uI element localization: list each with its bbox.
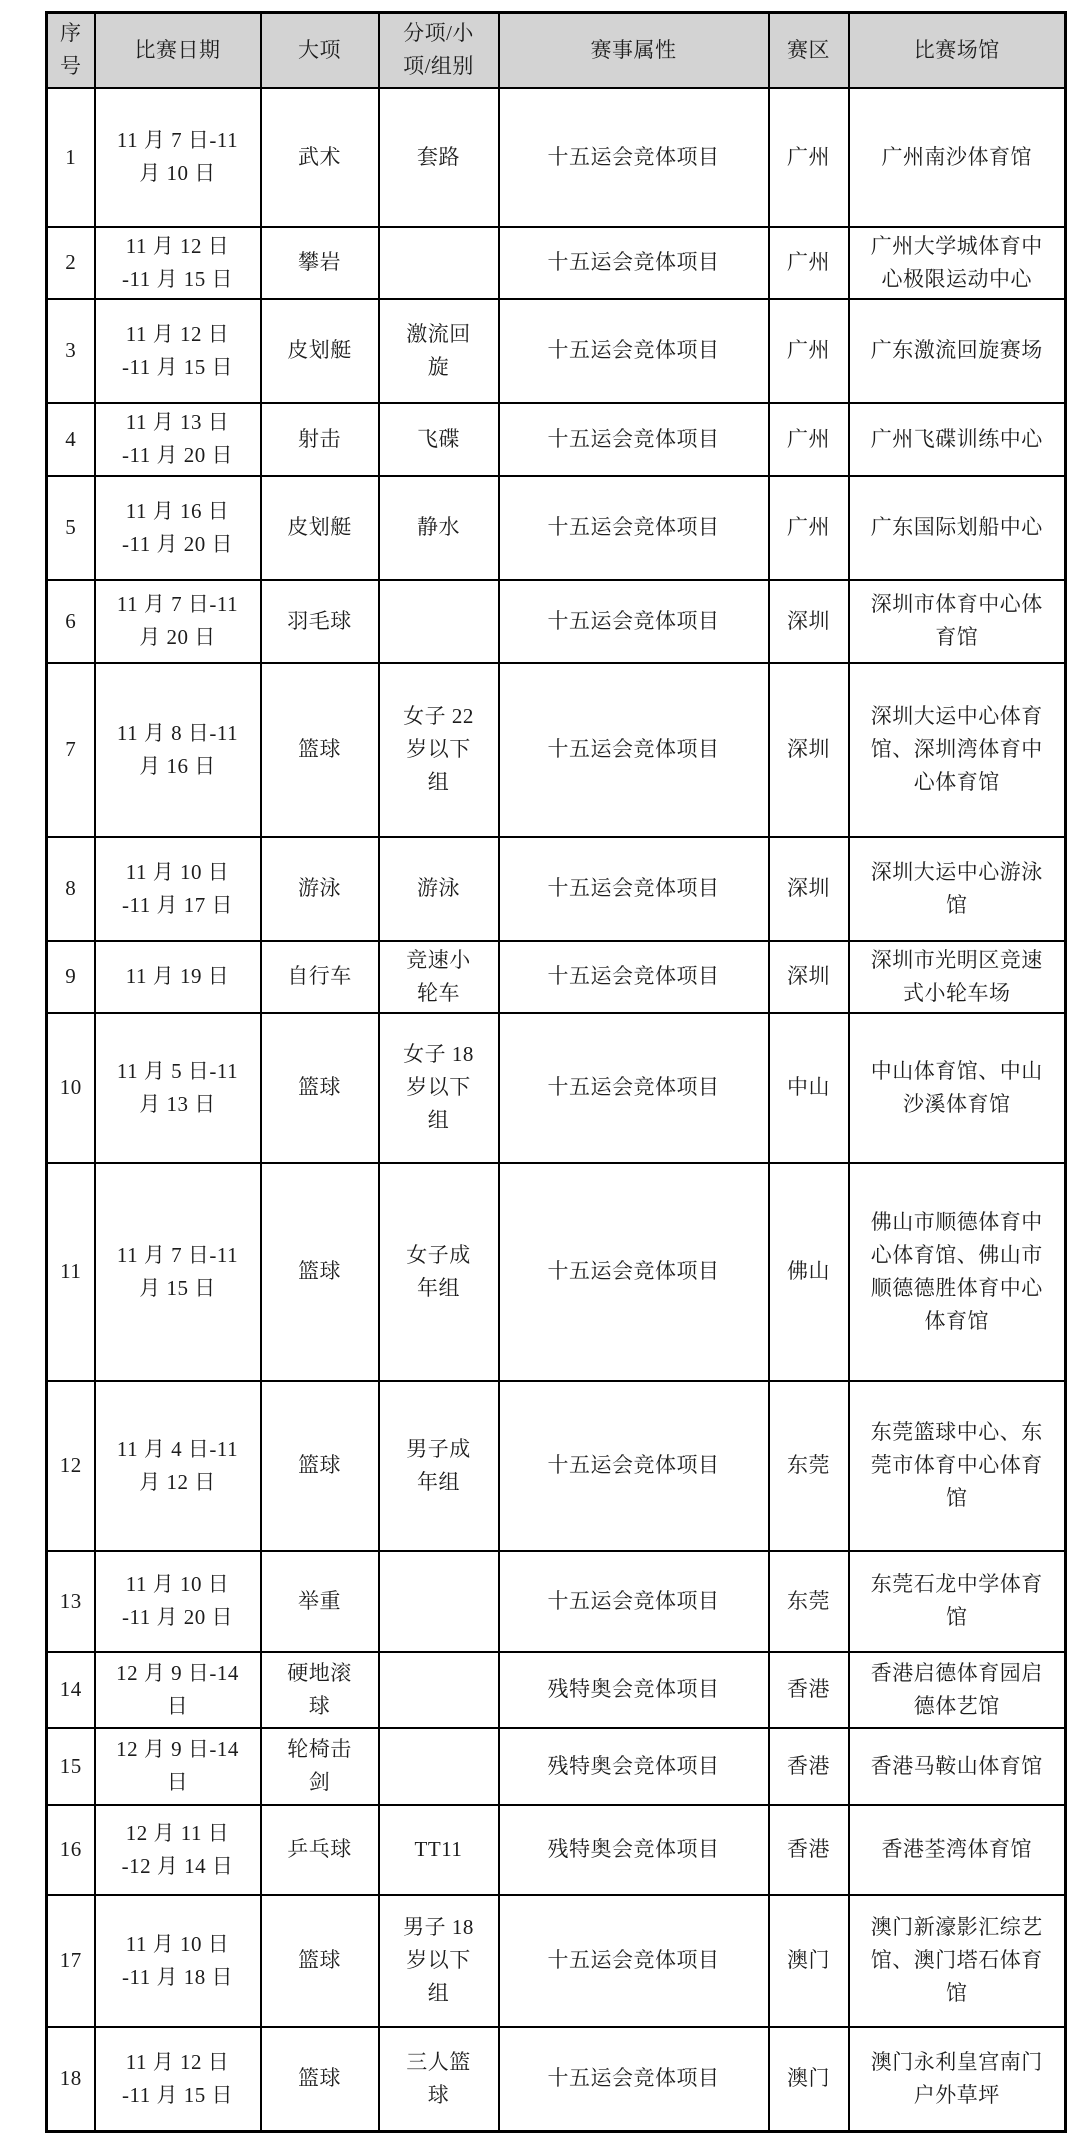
cell-attribute: 十五运会竞体项目 [499, 1895, 769, 2027]
cell-sport: 乒乓球 [261, 1805, 379, 1895]
table-row: 2 11 月 12 日 -11 月 15 日 攀岩 十五运会竞体项目 广州 广州… [47, 227, 1066, 299]
cell-sport: 皮划艇 [261, 299, 379, 403]
cell-subevent: 女子成年组 [379, 1163, 499, 1381]
cell-date: 11 月 7 日-11 月 10 日 [95, 88, 261, 227]
table-row: 4 11 月 13 日 -11 月 20 日 射击 飞碟 十五运会竞体项目 广州… [47, 403, 1066, 476]
cell-number: 2 [47, 227, 95, 299]
cell-venue: 深圳市体育中心体育馆 [849, 580, 1066, 663]
cell-sport: 篮球 [261, 1163, 379, 1381]
cell-attribute: 十五运会竞体项目 [499, 580, 769, 663]
cell-date: 11 月 19 日 [95, 941, 261, 1013]
cell-venue: 香港荃湾体育馆 [849, 1805, 1066, 1895]
cell-date: 11 月 7 日-11 月 20 日 [95, 580, 261, 663]
cell-subevent: 游泳 [379, 837, 499, 941]
cell-attribute: 十五运会竞体项目 [499, 837, 769, 941]
cell-attribute: 残特奥会竞体项目 [499, 1728, 769, 1805]
table-row: 16 12 月 11 日 -12 月 14 日 乒乓球 TT11 残特奥会竞体项… [47, 1805, 1066, 1895]
cell-attribute: 十五运会竞体项目 [499, 227, 769, 299]
header-cell-attribute: 赛事属性 [499, 13, 769, 88]
cell-subevent: 套路 [379, 88, 499, 227]
cell-number: 17 [47, 1895, 95, 2027]
header-cell-venue: 比赛场馆 [849, 13, 1066, 88]
cell-zone: 广州 [769, 88, 849, 227]
cell-sport: 篮球 [261, 663, 379, 837]
table-row: 8 11 月 10 日 -11 月 17 日 游泳 游泳 十五运会竞体项目 深圳… [47, 837, 1066, 941]
cell-sport: 举重 [261, 1551, 379, 1652]
cell-zone: 东莞 [769, 1381, 849, 1551]
table-row: 3 11 月 12 日 -11 月 15 日 皮划艇 激流回旋 十五运会竞体项目… [47, 299, 1066, 403]
table-row: 5 11 月 16 日 -11 月 20 日 皮划艇 静水 十五运会竞体项目 广… [47, 476, 1066, 580]
cell-attribute: 十五运会竞体项目 [499, 403, 769, 476]
cell-subevent: 静水 [379, 476, 499, 580]
cell-attribute: 十五运会竞体项目 [499, 941, 769, 1013]
cell-sport: 硬地滚球 [261, 1652, 379, 1728]
cell-subevent: 女子 22 岁以下组 [379, 663, 499, 837]
table-row: 13 11 月 10 日 -11 月 20 日 举重 十五运会竞体项目 东莞 东… [47, 1551, 1066, 1652]
cell-subevent: TT11 [379, 1805, 499, 1895]
cell-number: 10 [47, 1013, 95, 1163]
cell-date: 11 月 10 日 -11 月 18 日 [95, 1895, 261, 2027]
cell-sport: 羽毛球 [261, 580, 379, 663]
cell-number: 16 [47, 1805, 95, 1895]
header-cell-sport: 大项 [261, 13, 379, 88]
cell-zone: 香港 [769, 1728, 849, 1805]
cell-number: 5 [47, 476, 95, 580]
cell-date: 11 月 4 日-11 月 12 日 [95, 1381, 261, 1551]
cell-zone: 深圳 [769, 663, 849, 837]
cell-number: 15 [47, 1728, 95, 1805]
cell-number: 4 [47, 403, 95, 476]
cell-subevent [379, 1652, 499, 1728]
cell-attribute: 十五运会竞体项目 [499, 1381, 769, 1551]
cell-zone: 深圳 [769, 837, 849, 941]
cell-number: 9 [47, 941, 95, 1013]
cell-sport: 游泳 [261, 837, 379, 941]
cell-sport: 攀岩 [261, 227, 379, 299]
table-row: 17 11 月 10 日 -11 月 18 日 篮球 男子 18 岁以下组 十五… [47, 1895, 1066, 2027]
table-row: 12 11 月 4 日-11 月 12 日 篮球 男子成年组 十五运会竞体项目 … [47, 1381, 1066, 1551]
table-row: 9 11 月 19 日 自行车 竞速小轮车 十五运会竞体项目 深圳 深圳市光明区… [47, 941, 1066, 1013]
cell-attribute: 十五运会竞体项目 [499, 299, 769, 403]
table-row: 18 11 月 12 日 -11 月 15 日 篮球 三人篮球 十五运会竞体项目… [47, 2027, 1066, 2132]
cell-attribute: 十五运会竞体项目 [499, 88, 769, 227]
cell-attribute: 十五运会竞体项目 [499, 476, 769, 580]
cell-sport: 皮划艇 [261, 476, 379, 580]
cell-zone: 广州 [769, 227, 849, 299]
cell-zone: 澳门 [769, 2027, 849, 2132]
cell-date: 11 月 7 日-11 月 15 日 [95, 1163, 261, 1381]
cell-date: 11 月 12 日 -11 月 15 日 [95, 2027, 261, 2132]
cell-sport: 篮球 [261, 1381, 379, 1551]
cell-venue: 香港马鞍山体育馆 [849, 1728, 1066, 1805]
cell-venue: 佛山市顺德体育中心体育馆、佛山市顺德德胜体育中心体育馆 [849, 1163, 1066, 1381]
table-row: 15 12 月 9 日-14 日 轮椅击剑 残特奥会竞体项目 香港 香港马鞍山体… [47, 1728, 1066, 1805]
cell-date: 11 月 10 日 -11 月 17 日 [95, 837, 261, 941]
cell-number: 3 [47, 299, 95, 403]
cell-venue: 香港启德体育园启德体艺馆 [849, 1652, 1066, 1728]
cell-venue: 东莞石龙中学体育馆 [849, 1551, 1066, 1652]
cell-attribute: 残特奥会竞体项目 [499, 1805, 769, 1895]
cell-subevent: 飞碟 [379, 403, 499, 476]
document-page: 序号 比赛日期 大项 分项/小项/组别 赛事属性 赛区 比赛场馆 1 11 月 … [0, 0, 1080, 2136]
cell-venue: 中山体育馆、中山沙溪体育馆 [849, 1013, 1066, 1163]
cell-date: 11 月 16 日 -11 月 20 日 [95, 476, 261, 580]
cell-sport: 射击 [261, 403, 379, 476]
cell-attribute: 十五运会竞体项目 [499, 663, 769, 837]
cell-number: 14 [47, 1652, 95, 1728]
cell-subevent: 竞速小轮车 [379, 941, 499, 1013]
cell-venue: 广州大学城体育中心极限运动中心 [849, 227, 1066, 299]
header-cell-date: 比赛日期 [95, 13, 261, 88]
cell-zone: 东莞 [769, 1551, 849, 1652]
cell-venue: 东莞篮球中心、东莞市体育中心体育馆 [849, 1381, 1066, 1551]
cell-zone: 中山 [769, 1013, 849, 1163]
cell-sport: 篮球 [261, 1013, 379, 1163]
cell-date: 11 月 12 日 -11 月 15 日 [95, 299, 261, 403]
cell-zone: 澳门 [769, 1895, 849, 2027]
cell-venue: 广东激流回旋赛场 [849, 299, 1066, 403]
cell-attribute: 十五运会竞体项目 [499, 2027, 769, 2132]
cell-subevent: 三人篮球 [379, 2027, 499, 2132]
cell-date: 11 月 8 日-11 月 16 日 [95, 663, 261, 837]
competition-schedule-table: 序号 比赛日期 大项 分项/小项/组别 赛事属性 赛区 比赛场馆 1 11 月 … [45, 11, 1067, 2133]
cell-sport: 篮球 [261, 2027, 379, 2132]
cell-number: 1 [47, 88, 95, 227]
cell-zone: 香港 [769, 1652, 849, 1728]
cell-date: 12 月 11 日 -12 月 14 日 [95, 1805, 261, 1895]
cell-date: 11 月 10 日 -11 月 20 日 [95, 1551, 261, 1652]
cell-date: 11 月 5 日-11 月 13 日 [95, 1013, 261, 1163]
cell-date: 11 月 13 日 -11 月 20 日 [95, 403, 261, 476]
header-cell-number: 序号 [47, 13, 95, 88]
cell-subevent: 男子成年组 [379, 1381, 499, 1551]
table-row: 10 11 月 5 日-11 月 13 日 篮球 女子 18 岁以下组 十五运会… [47, 1013, 1066, 1163]
cell-sport: 自行车 [261, 941, 379, 1013]
cell-zone: 广州 [769, 403, 849, 476]
cell-subevent: 男子 18 岁以下组 [379, 1895, 499, 2027]
cell-zone: 深圳 [769, 580, 849, 663]
table-row: 7 11 月 8 日-11 月 16 日 篮球 女子 22 岁以下组 十五运会竞… [47, 663, 1066, 837]
cell-subevent [379, 1728, 499, 1805]
cell-date: 12 月 9 日-14 日 [95, 1652, 261, 1728]
cell-number: 8 [47, 837, 95, 941]
cell-venue: 深圳大运中心游泳馆 [849, 837, 1066, 941]
cell-venue: 广东国际划船中心 [849, 476, 1066, 580]
cell-date: 11 月 12 日 -11 月 15 日 [95, 227, 261, 299]
cell-zone: 深圳 [769, 941, 849, 1013]
cell-subevent [379, 227, 499, 299]
cell-venue: 深圳市光明区竞速式小轮车场 [849, 941, 1066, 1013]
cell-venue: 广州南沙体育馆 [849, 88, 1066, 227]
table-row: 6 11 月 7 日-11 月 20 日 羽毛球 十五运会竞体项目 深圳 深圳市… [47, 580, 1066, 663]
cell-number: 18 [47, 2027, 95, 2132]
table-header: 序号 比赛日期 大项 分项/小项/组别 赛事属性 赛区 比赛场馆 [47, 13, 1066, 88]
cell-zone: 广州 [769, 299, 849, 403]
cell-sport: 篮球 [261, 1895, 379, 2027]
table-row: 11 11 月 7 日-11 月 15 日 篮球 女子成年组 十五运会竞体项目 … [47, 1163, 1066, 1381]
cell-venue: 澳门新濠影汇综艺馆、澳门塔石体育馆 [849, 1895, 1066, 2027]
table-row: 14 12 月 9 日-14 日 硬地滚球 残特奥会竞体项目 香港 香港启德体育… [47, 1652, 1066, 1728]
cell-zone: 香港 [769, 1805, 849, 1895]
header-row: 序号 比赛日期 大项 分项/小项/组别 赛事属性 赛区 比赛场馆 [47, 13, 1066, 88]
cell-subevent: 女子 18 岁以下组 [379, 1013, 499, 1163]
cell-subevent: 激流回旋 [379, 299, 499, 403]
cell-attribute: 十五运会竞体项目 [499, 1551, 769, 1652]
cell-number: 11 [47, 1163, 95, 1381]
header-cell-zone: 赛区 [769, 13, 849, 88]
cell-date: 12 月 9 日-14 日 [95, 1728, 261, 1805]
cell-zone: 佛山 [769, 1163, 849, 1381]
cell-venue: 深圳大运中心体育馆、深圳湾体育中心体育馆 [849, 663, 1066, 837]
cell-venue: 澳门永利皇宫南门户外草坪 [849, 2027, 1066, 2132]
cell-subevent [379, 1551, 499, 1652]
cell-sport: 轮椅击剑 [261, 1728, 379, 1805]
table-body: 1 11 月 7 日-11 月 10 日 武术 套路 十五运会竞体项目 广州 广… [47, 88, 1066, 2132]
cell-number: 6 [47, 580, 95, 663]
table-row: 1 11 月 7 日-11 月 10 日 武术 套路 十五运会竞体项目 广州 广… [47, 88, 1066, 227]
cell-attribute: 残特奥会竞体项目 [499, 1652, 769, 1728]
cell-zone: 广州 [769, 476, 849, 580]
cell-sport: 武术 [261, 88, 379, 227]
cell-number: 13 [47, 1551, 95, 1652]
cell-attribute: 十五运会竞体项目 [499, 1013, 769, 1163]
header-cell-subevent: 分项/小项/组别 [379, 13, 499, 88]
cell-subevent [379, 580, 499, 663]
cell-number: 7 [47, 663, 95, 837]
cell-attribute: 十五运会竞体项目 [499, 1163, 769, 1381]
cell-number: 12 [47, 1381, 95, 1551]
cell-venue: 广州飞碟训练中心 [849, 403, 1066, 476]
